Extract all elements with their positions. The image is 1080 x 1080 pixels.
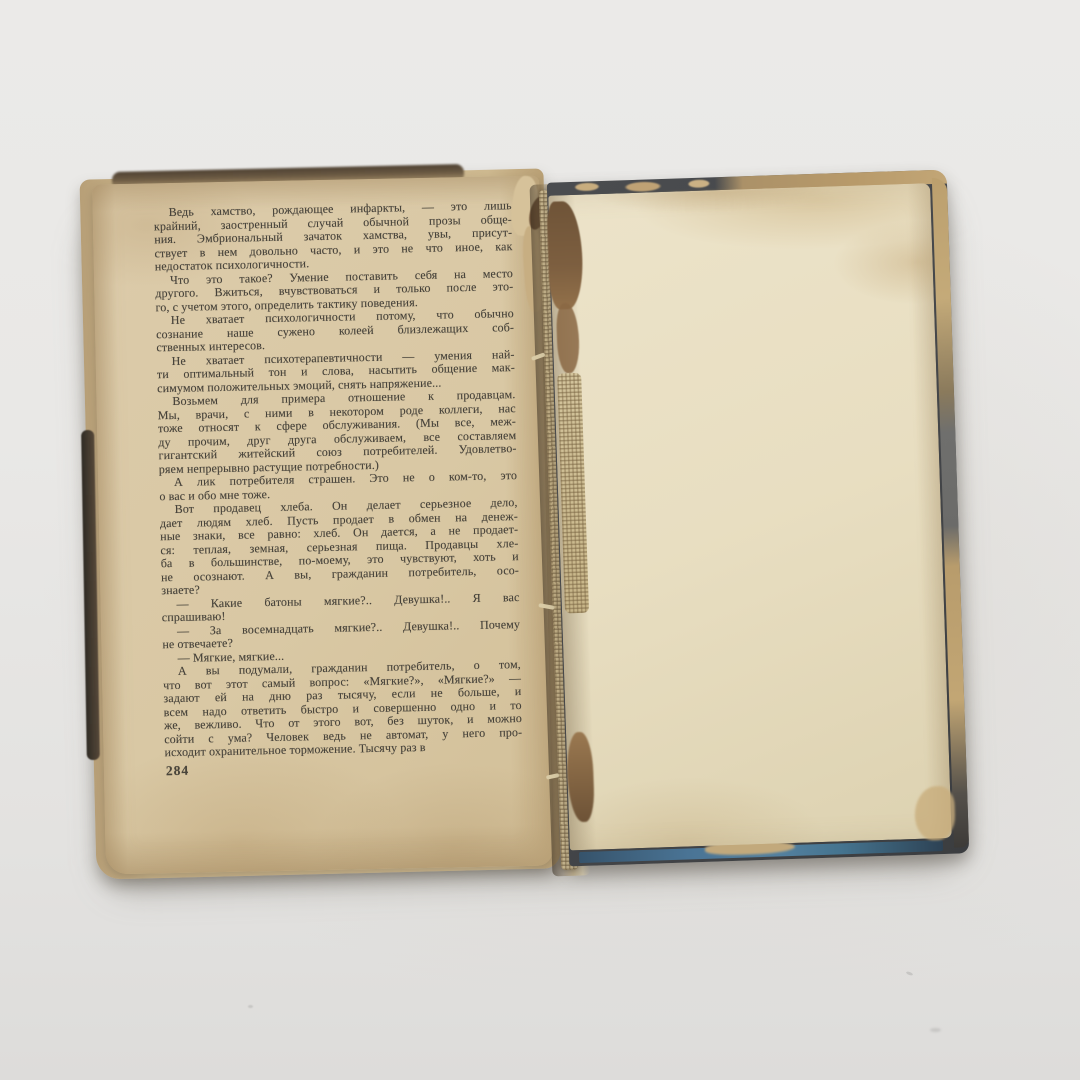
back-cover [547, 170, 969, 867]
page-number: 284 [166, 763, 190, 779]
page-text: Ведь хамство, рождающее инфаркты, — это … [154, 199, 523, 760]
paragraph: А вы подумали, гражданин потребитель, о … [163, 658, 523, 760]
left-page: Ведь хамство, рождающее инфаркты, — это … [92, 176, 553, 875]
dust-speck [930, 1028, 941, 1032]
paragraph: Возьмем для примера отношение к продавца… [157, 388, 517, 476]
dust-speck [248, 1005, 253, 1008]
paragraph: Не хватает психотерапевтичности — умения… [157, 348, 516, 396]
endpaper [548, 183, 952, 850]
paragraph: Вот продавец хлеба. Он делает серьезное … [160, 496, 520, 598]
paragraph: Ведь хамство, рождающее инфаркты, — это … [154, 199, 513, 274]
paragraph: Не хватает психологичности потому, что о… [156, 307, 515, 355]
photo-background: Ведь хамство, рождающее инфаркты, — это … [0, 0, 1080, 1080]
endpaper-corner-wear [914, 786, 956, 841]
endpaper-torn-patch [566, 732, 595, 823]
endpaper-torn-patch [556, 303, 580, 374]
dust-speck [906, 971, 914, 976]
endpaper-exposed-mesh [557, 373, 589, 614]
paragraph: Что это такое? Умение поставить себя на … [155, 267, 514, 315]
endpaper-torn-patch [546, 201, 584, 310]
